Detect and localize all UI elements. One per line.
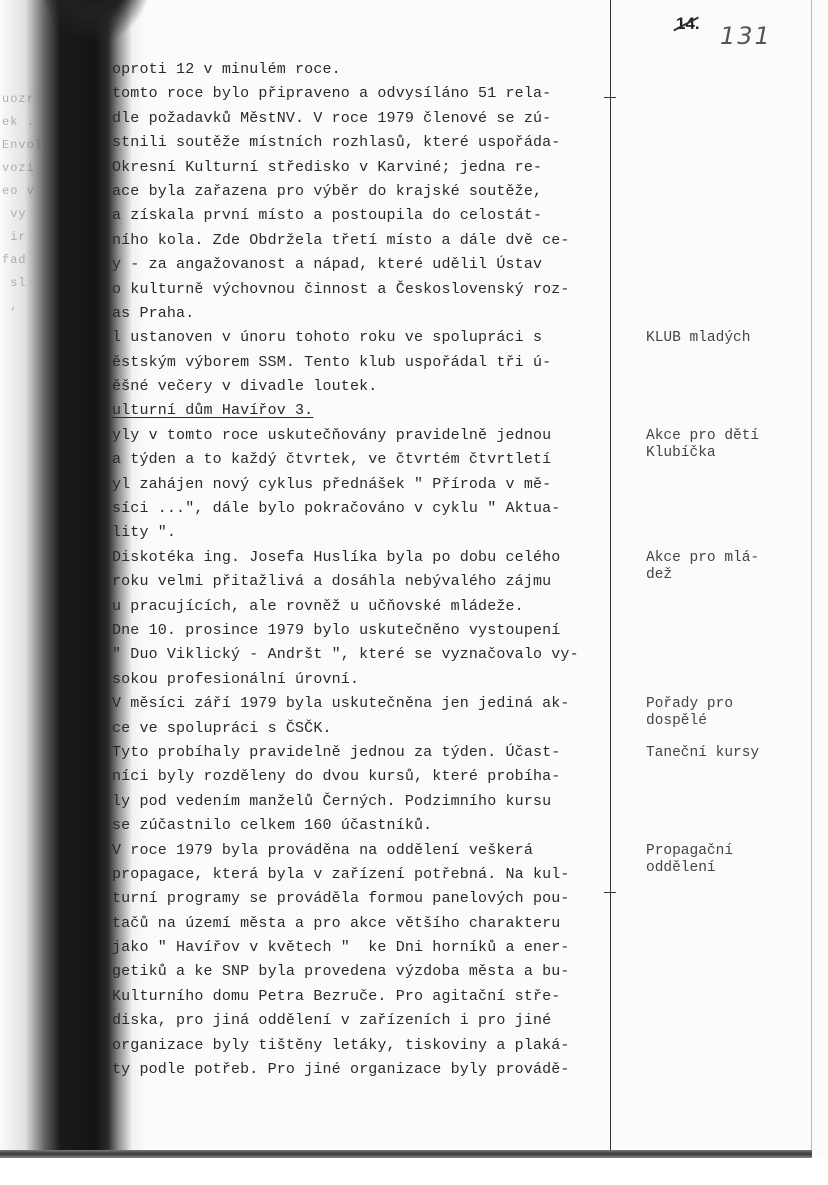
text-line: yl zahájen nový cyklus přednášek " Příro… [112, 473, 632, 497]
text-line: u pracujících, ale rovněž u učňovské mlá… [112, 595, 632, 619]
text-line: oproti 12 v minulém roce. [112, 58, 632, 82]
margin-tick [604, 892, 616, 893]
text-line: yly v tomto roce uskutečňovány pravideln… [112, 424, 632, 448]
text-line: ty podle potřeb. Pro jiné organizace byl… [112, 1058, 632, 1082]
text-line: síci ...", dále bylo pokračováno v cyklu… [112, 497, 632, 521]
text-line: o kulturně výchovnou činnost a Českoslov… [112, 278, 632, 302]
text-line: turní programy se prováděla formou panel… [112, 887, 632, 911]
text-line: níci byly rozděleny do dvou kursů, které… [112, 765, 632, 789]
text-line: ce ve spolupráci s ČSČK. [112, 717, 632, 741]
margin-note: Akce pro dětí Klubíčka [646, 428, 796, 462]
right-margin-rule [811, 0, 812, 1150]
text-line: l ustanoven v únoru tohoto roku ve spolu… [112, 326, 632, 350]
margin-note: Taneční kursy [646, 745, 796, 762]
text-line: se zúčastnilo celkem 160 účastníků. [112, 814, 632, 838]
bleed-through-text: uozr ek . Envol vozi eo v vy ir fad sl , [2, 88, 57, 318]
text-line: tomto roce bylo připraveno a odvysíláno … [112, 82, 632, 106]
scanned-page: uozr ek . Envol vozi eo v vy ir fad sl ,… [0, 0, 828, 1158]
margin-note: Akce pro mlá- dež [646, 550, 796, 584]
text-line: jako " Havířov v květech " ke Dni horník… [112, 936, 632, 960]
section-heading: ulturní dům Havířov 3. [112, 399, 632, 423]
text-line: ěstským výborem SSM. Tento klub uspořáda… [112, 351, 632, 375]
margin-note: Propagační oddělení [646, 843, 796, 877]
text-line: a týden a to každý čtvrtek, ve čtvrtém č… [112, 448, 632, 472]
text-line: diska, pro jiná oddělení v zařízeních i … [112, 1009, 632, 1033]
text-line: lity ". [112, 521, 632, 545]
text-line: ního kola. Zde Obdržela třetí místo a dá… [112, 229, 632, 253]
text-line: ace byla zařazena pro výběr do krajské s… [112, 180, 632, 204]
text-line: organizace byly tištěny letáky, tiskovin… [112, 1034, 632, 1058]
text-line: getiků a ke SNP byla provedena výzdoba m… [112, 960, 632, 984]
text-line: Dne 10. prosince 1979 bylo uskutečněno v… [112, 619, 632, 643]
text-line: stnili soutěže místních rozhlasů, které … [112, 131, 632, 155]
text-line: a získala první místo a postoupila do ce… [112, 204, 632, 228]
text-line: V roce 1979 byla prováděna na oddělení v… [112, 839, 632, 863]
text-line: propagace, která byla v zařízení potřebn… [112, 863, 632, 887]
text-line: dle požadavků MěstNV. V roce 1979 členov… [112, 107, 632, 131]
text-line: Okresní Kulturní středisko v Karviné; je… [112, 156, 632, 180]
text-line: Kulturního domu Petra Bezruče. Pro agita… [112, 985, 632, 1009]
main-text-column: oproti 12 v minulém roce.tomto roce bylo… [112, 58, 632, 1082]
page-number-crossed: 14. [676, 14, 700, 34]
text-line: Tyto probíhaly pravidelně jednou za týde… [112, 741, 632, 765]
text-line: ly pod vedením manželů Černých. Podzimní… [112, 790, 632, 814]
text-line: tačů na území města a pro akce většího c… [112, 912, 632, 936]
margin-note: Pořady pro dospělé [646, 696, 796, 730]
text-line: V měsíci září 1979 byla uskutečněna jen … [112, 692, 632, 716]
page-number-handwritten: 131 [720, 22, 772, 50]
text-line: sokou profesionální úrovní. [112, 668, 632, 692]
text-line: ěšné večery v divadle loutek. [112, 375, 632, 399]
margin-note: KLUB mladých [646, 330, 796, 347]
text-line: y - za angažovanost a nápad, které uděli… [112, 253, 632, 277]
page-bottom-edge [0, 1150, 812, 1158]
text-line: as Praha. [112, 302, 632, 326]
binding-shadow-top [40, 0, 150, 40]
text-line: roku velmi přitažlivá a dosáhla nebývalé… [112, 570, 632, 594]
margin-tick [604, 97, 616, 98]
text-line: " Duo Viklický - Andršt ", které se vyzn… [112, 643, 632, 667]
text-line: Diskotéka ing. Josefa Huslíka byla po do… [112, 546, 632, 570]
